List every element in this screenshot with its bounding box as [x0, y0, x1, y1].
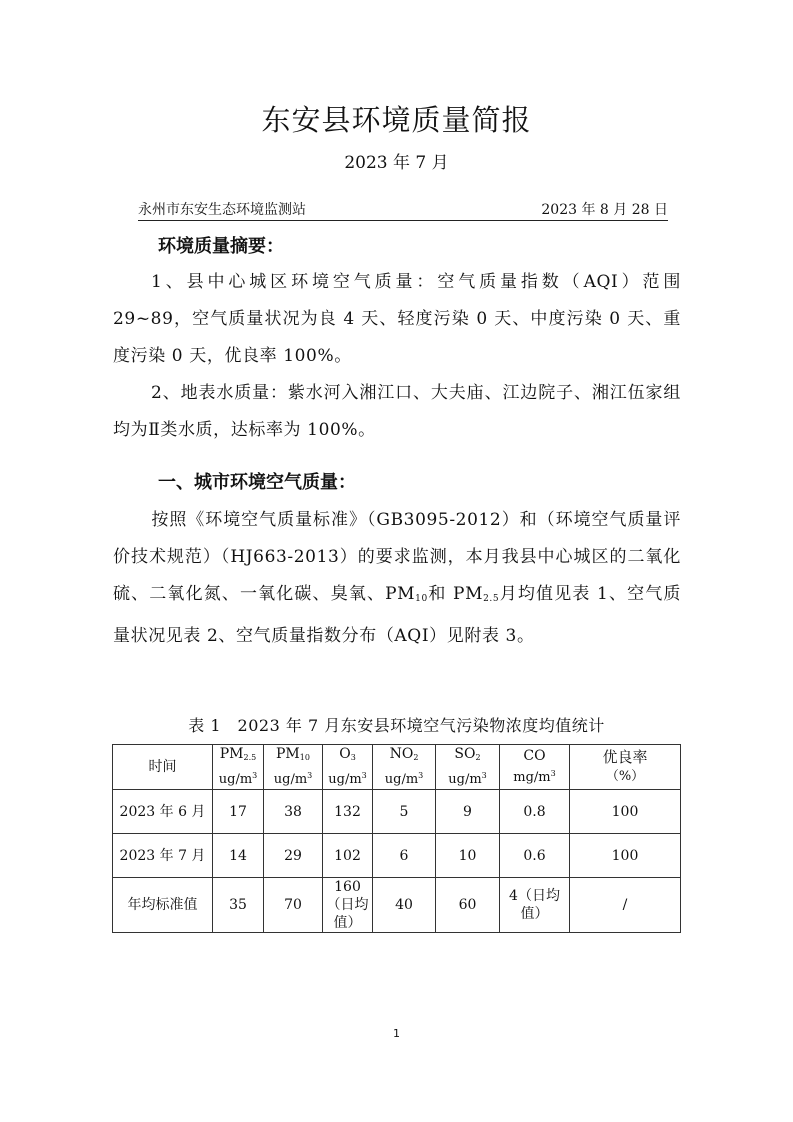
cell-pm10: 38: [264, 790, 323, 834]
summary-item-air-text: 1、县中心城区环境空气质量：空气质量指数（AQI）范围 29~89，空气质量状况…: [113, 272, 681, 366]
cell-pm10: 70: [264, 878, 323, 933]
header-sub: 2.5: [244, 753, 257, 762]
header-label: 时间: [149, 759, 177, 775]
header-unit: ug/m: [385, 772, 418, 787]
cell-o3: 160（日均值）: [323, 878, 373, 933]
header-sup: 3: [482, 771, 487, 780]
table-row: 2023 年 7 月 14 29 102 6 10 0.6 100: [113, 834, 681, 878]
para-text-2: 和 PM: [428, 584, 483, 604]
header-sup: 3: [418, 771, 423, 780]
header-no2: NO2ug/m3: [373, 745, 436, 790]
cell-no2: 40: [373, 878, 436, 933]
header-unit: ug/m: [448, 772, 481, 787]
cell-pm25: 17: [213, 790, 264, 834]
pollutant-table: 时间 PM2.5ug/m3 PM10ug/m3 O3ug/m3 NO2ug/m3…: [112, 744, 681, 933]
header-sup: 3: [362, 771, 367, 780]
cell-no2: 6: [373, 834, 436, 878]
issue-date: 2023 年 8 月 28 日: [541, 200, 668, 220]
header-base: CO: [523, 748, 545, 764]
cell-time: 年均标准值: [113, 878, 213, 933]
cell-co: 0.8: [500, 790, 570, 834]
page-number: 1: [0, 1027, 793, 1040]
cell-so2: 9: [436, 790, 500, 834]
document-title: 东安县环境质量简报: [0, 98, 793, 139]
header-unit: mg/m: [513, 770, 550, 785]
header-good-rate: 优良率（%）: [570, 745, 681, 790]
header-sub: 2: [413, 753, 418, 762]
summary-item-water: 2、地表水质量：紫水河入湘江口、大夫庙、江边院子、湘江伍家组均为Ⅱ类水质，达标率…: [113, 375, 681, 449]
header-base: PM: [220, 746, 244, 762]
header-base: NO: [390, 746, 414, 762]
header-co: COmg/m3: [500, 745, 570, 790]
issuer-name: 永州市东安生态环境监测站: [138, 200, 306, 220]
cell-co: 4（日均值）: [500, 878, 570, 933]
pm10-subscript: 10: [415, 594, 428, 604]
cell-time: 2023 年 6 月: [113, 790, 213, 834]
cell-good-rate: 100: [570, 834, 681, 878]
cell-so2: 60: [436, 878, 500, 933]
header-o3: O3ug/m3: [323, 745, 373, 790]
table-header-row: 时间 PM2.5ug/m3 PM10ug/m3 O3ug/m3 NO2ug/m3…: [113, 745, 681, 790]
header-base: SO: [454, 746, 475, 762]
header-sub: 2: [475, 753, 480, 762]
header-pm10: PM10ug/m3: [264, 745, 323, 790]
pm25-subscript: 2.5: [483, 594, 499, 604]
section1-heading: 一、城市环境空气质量：: [158, 468, 356, 494]
cell-pm10: 29: [264, 834, 323, 878]
cell-so2: 10: [436, 834, 500, 878]
summary-item-air: 1、县中心城区环境空气质量：空气质量指数（AQI）范围 29~89，空气质量状况…: [113, 264, 681, 375]
cell-good-rate: /: [570, 878, 681, 933]
header-so2: SO2ug/m3: [436, 745, 500, 790]
table1-caption: 表 1 2023 年 7 月东安县环境空气污染物浓度均值统计: [0, 713, 793, 736]
section1-paragraph: 按照《环境空气质量标准》（GB3095-2012）和（环境空气质量评价技术规范）…: [113, 502, 681, 655]
cell-co: 0.6: [500, 834, 570, 878]
cell-time: 2023 年 7 月: [113, 834, 213, 878]
header-base: O: [339, 746, 350, 762]
issuer-line: 永州市东安生态环境监测站 2023 年 8 月 28 日: [138, 200, 668, 221]
cell-pm25: 35: [213, 878, 264, 933]
header-base: PM: [276, 746, 300, 762]
cell-no2: 5: [373, 790, 436, 834]
header-unit: ug/m: [274, 772, 307, 787]
header-time: 时间: [113, 745, 213, 790]
cell-o3: 132: [323, 790, 373, 834]
header-sub: 3: [351, 753, 356, 762]
header-sub: 10: [300, 753, 310, 762]
header-sup: 3: [307, 771, 312, 780]
cell-good-rate: 100: [570, 790, 681, 834]
table-row: 年均标准值 35 70 160（日均值） 40 60 4（日均值） /: [113, 878, 681, 933]
header-sup: 3: [252, 771, 257, 780]
report-period: 2023 年 7 月: [0, 148, 793, 173]
summary-heading: 环境质量摘要：: [158, 232, 284, 258]
table-row: 2023 年 6 月 17 38 132 5 9 0.8 100: [113, 790, 681, 834]
header-unit: ug/m: [328, 772, 361, 787]
header-base: 优良率: [602, 748, 647, 766]
header-unit: ug/m: [219, 772, 252, 787]
cell-pm25: 14: [213, 834, 264, 878]
summary-item-water-text: 2、地表水质量：紫水河入湘江口、大夫庙、江边院子、湘江伍家组均为Ⅱ类水质，达标率…: [113, 383, 681, 440]
header-unit: （%）: [606, 769, 644, 784]
header-sup: 3: [551, 769, 556, 778]
cell-o3: 102: [323, 834, 373, 878]
header-pm25: PM2.5ug/m3: [213, 745, 264, 790]
